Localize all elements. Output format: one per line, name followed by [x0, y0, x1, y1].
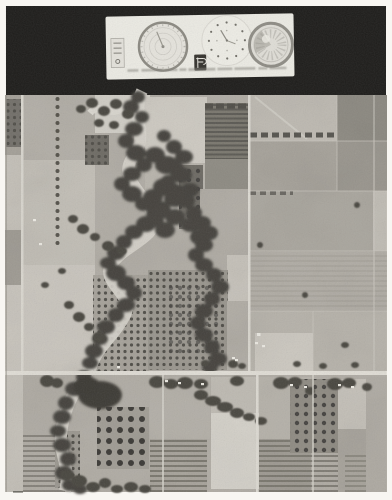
tonal-mottle	[5, 95, 386, 492]
photo-canvas	[0, 0, 392, 500]
scanned-aerial-photograph	[0, 0, 392, 500]
